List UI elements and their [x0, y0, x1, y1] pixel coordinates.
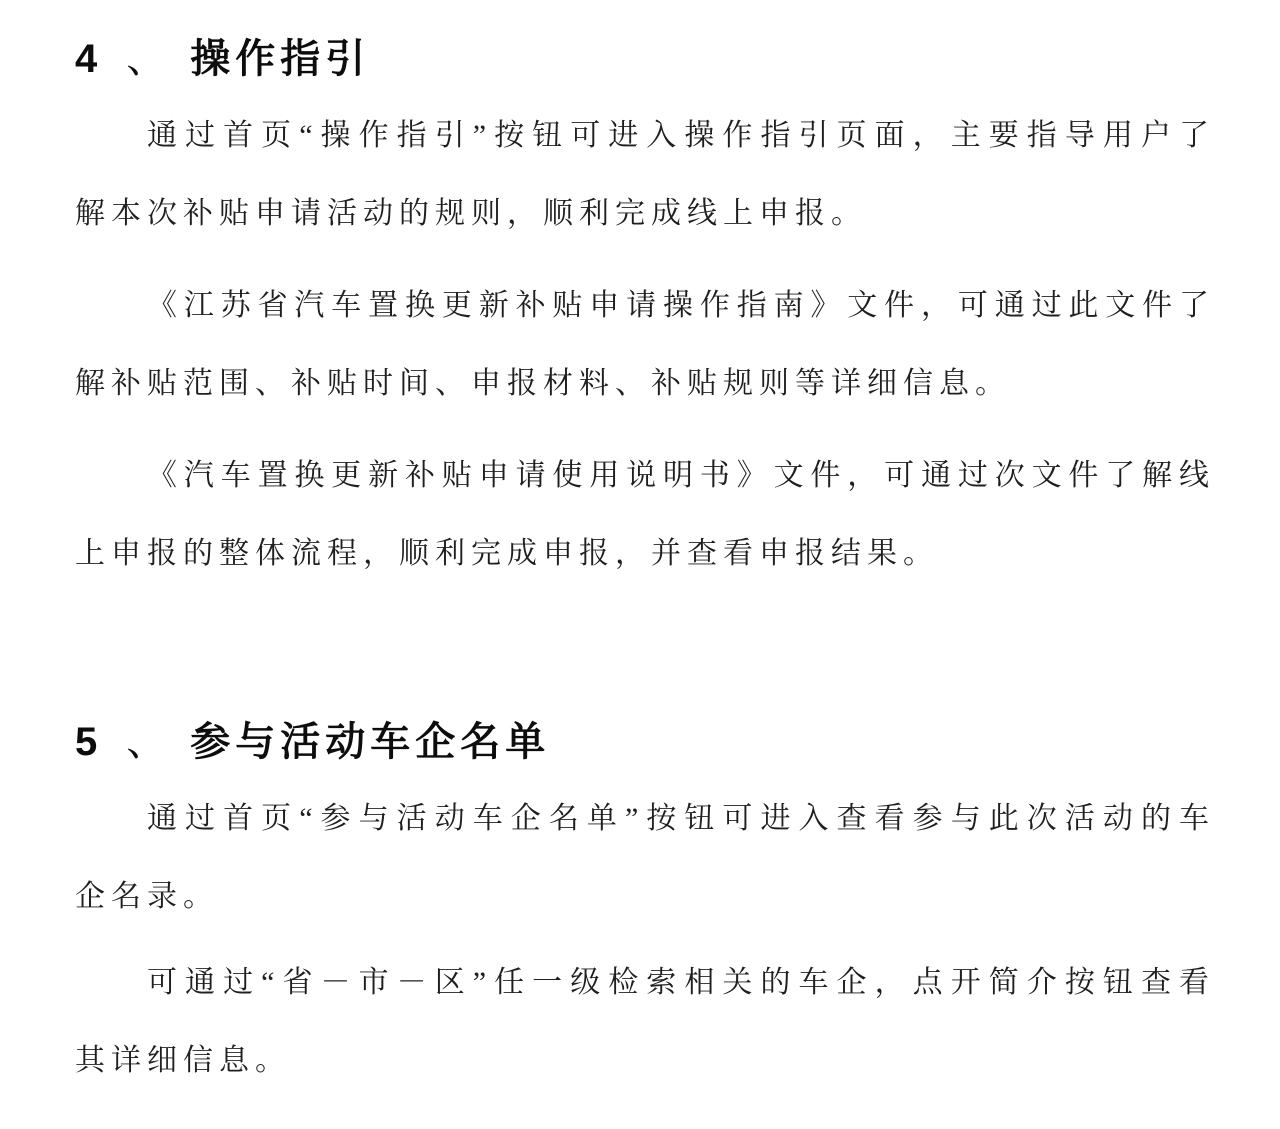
paragraph: 可通过“省－市－区”任一级检索相关的车企，点开简介按钮查看 其详细信息。	[75, 944, 1215, 1100]
paragraph-line: 上申报的整体流程，顺利完成申报，并查看申报结果。	[75, 515, 1215, 593]
section-4: 4 、 操作指引 通过首页“操作指引”按钮可进入操作指引页面，主要指导用户了 解…	[75, 35, 1215, 593]
paragraph: 通过首页“操作指引”按钮可进入操作指引页面，主要指导用户了 解本次补贴申请活动的…	[75, 97, 1215, 253]
heading-title: 操作指引	[190, 36, 370, 81]
paragraph-line: 其详细信息。	[75, 1022, 1215, 1100]
paragraph-line: 《江苏省汽车置换更新补贴申请操作指南》文件，可通过此文件了	[75, 267, 1215, 345]
paragraph-line: 企名录。	[75, 858, 1215, 936]
paragraph: 《江苏省汽车置换更新补贴申请操作指南》文件，可通过此文件了 解补贴范围、补贴时间…	[75, 267, 1215, 423]
paragraph-line: 可通过“省－市－区”任一级检索相关的车企，点开简介按钮查看	[75, 944, 1215, 1022]
section-5: 5 、 参与活动车企名单 通过首页“参与活动车企名单”按钮可进入查看参与此次活动…	[75, 718, 1215, 1100]
document-page: 4 、 操作指引 通过首页“操作指引”按钮可进入操作指引页面，主要指导用户了 解…	[0, 0, 1280, 1129]
section-5-heading: 5 、 参与活动车企名单	[75, 718, 1215, 766]
paragraph: 《汽车置换更新补贴申请使用说明书》文件，可通过次文件了解线 上申报的整体流程，顺…	[75, 437, 1215, 593]
heading-title: 参与活动车企名单	[190, 719, 550, 764]
heading-separator: 、	[126, 719, 171, 764]
paragraph-line: 解本次补贴申请活动的规则，顺利完成线上申报。	[75, 175, 1215, 253]
paragraph-line: 解补贴范围、补贴时间、申报材料、补贴规则等详细信息。	[75, 345, 1215, 423]
section-4-heading: 4 、 操作指引	[75, 35, 1215, 83]
heading-number: 4	[75, 37, 97, 81]
heading-number: 5	[75, 720, 97, 764]
paragraph-line: 通过首页“参与活动车企名单”按钮可进入查看参与此次活动的车	[75, 780, 1215, 858]
heading-separator: 、	[126, 36, 171, 81]
paragraph: 通过首页“参与活动车企名单”按钮可进入查看参与此次活动的车 企名录。	[75, 780, 1215, 936]
paragraph-line: 通过首页“操作指引”按钮可进入操作指引页面，主要指导用户了	[75, 97, 1215, 175]
paragraph-line: 《汽车置换更新补贴申请使用说明书》文件，可通过次文件了解线	[75, 437, 1215, 515]
